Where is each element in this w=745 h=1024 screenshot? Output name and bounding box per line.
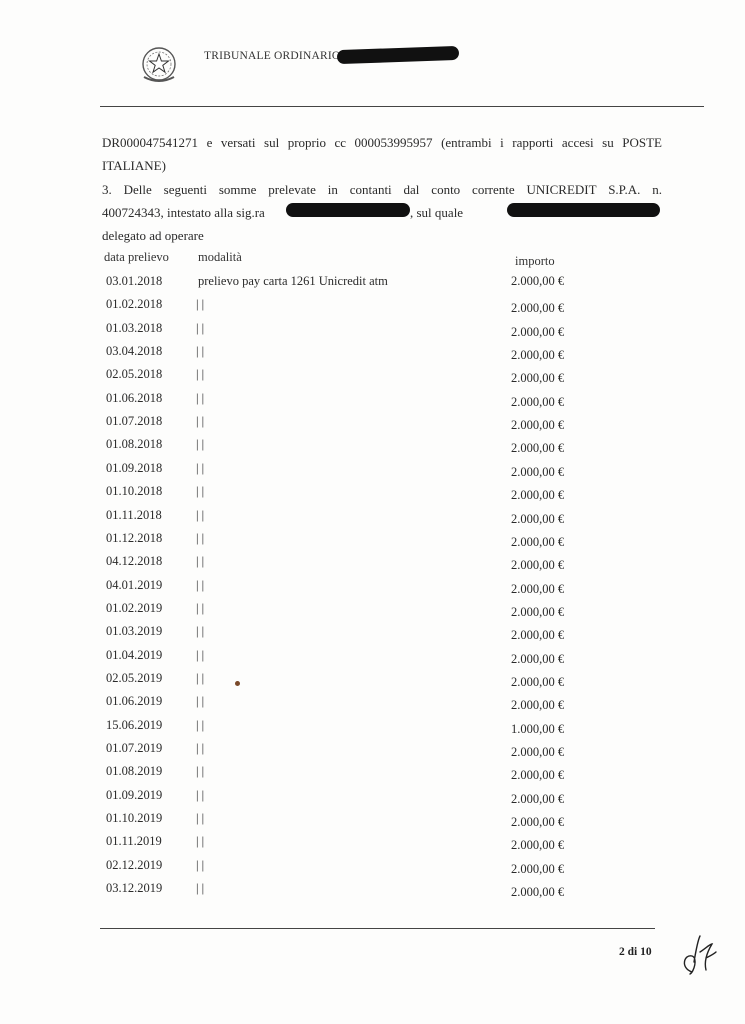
row-date: 01.03.2019 xyxy=(106,624,162,639)
table-row: 02.12.2019| |2.000,00 € xyxy=(0,858,745,876)
row-amount: 2.000,00 € xyxy=(511,815,564,830)
row-mode: | | xyxy=(196,321,204,336)
row-amount: 2.000,00 € xyxy=(511,675,564,690)
row-date: 01.08.2019 xyxy=(106,764,162,779)
table-row: 01.08.2018| |2.000,00 € xyxy=(0,437,745,455)
row-mode: | | xyxy=(196,881,204,896)
row-mode: | | xyxy=(196,578,204,593)
row-date: 01.11.2019 xyxy=(106,834,162,849)
row-date: 01.03.2018 xyxy=(106,321,162,336)
table-row: 02.05.2018| |2.000,00 € xyxy=(0,367,745,385)
table-row: 01.12.2018| |2.000,00 € xyxy=(0,531,745,549)
row-mode: | | xyxy=(196,367,204,382)
table-row: 01.08.2019| |2.000,00 € xyxy=(0,764,745,782)
row-mode: | | xyxy=(196,671,204,686)
table-row: 04.01.2019| |2.000,00 € xyxy=(0,578,745,596)
body-line-4a: 400724343, intestato alla sig.ra xyxy=(102,205,265,221)
row-mode: | | xyxy=(196,461,204,476)
row-amount: 2.000,00 € xyxy=(511,441,564,456)
row-date: 02.05.2019 xyxy=(106,671,162,686)
row-date: 01.10.2018 xyxy=(106,484,162,499)
table-row: 01.02.2018| |2.000,00 € xyxy=(0,297,745,315)
header-date: data prelievo xyxy=(104,250,169,265)
row-date: 02.05.2018 xyxy=(106,367,162,382)
row-amount: 2.000,00 € xyxy=(511,698,564,713)
row-date: 01.09.2018 xyxy=(106,461,162,476)
table-row: 01.06.2018| |2.000,00 € xyxy=(0,391,745,409)
row-date: 04.01.2019 xyxy=(106,578,162,593)
row-amount: 2.000,00 € xyxy=(511,885,564,900)
row-amount: 2.000,00 € xyxy=(511,512,564,527)
footer-divider xyxy=(100,928,655,929)
row-amount: 2.000,00 € xyxy=(511,395,564,410)
table-header: data prelievo modalità importo xyxy=(0,250,745,268)
row-amount: 2.000,00 € xyxy=(511,652,564,667)
table-row: 02.05.2019| |2.000,00 € xyxy=(0,671,745,689)
row-date: 01.06.2018 xyxy=(106,391,162,406)
table-row: 04.12.2018| |2.000,00 € xyxy=(0,554,745,572)
row-amount: 2.000,00 € xyxy=(511,371,564,386)
table-row: 01.07.2018| |2.000,00 € xyxy=(0,414,745,432)
row-amount: 2.000,00 € xyxy=(511,274,564,289)
row-mode: | | xyxy=(196,718,204,733)
body-line-4b: , sul quale xyxy=(410,205,463,221)
row-date: 01.06.2019 xyxy=(106,694,162,709)
row-amount: 2.000,00 € xyxy=(511,488,564,503)
row-date: 01.08.2018 xyxy=(106,437,162,452)
row-amount: 2.000,00 € xyxy=(511,558,564,573)
table-row: 01.03.2018| |2.000,00 € xyxy=(0,321,745,339)
row-mode: | | xyxy=(196,437,204,452)
body-line-3: 3. Delle seguenti somme prelevate in con… xyxy=(102,182,662,198)
row-mode: prelievo pay carta 1261 Unicredit atm xyxy=(198,274,388,289)
row-amount: 2.000,00 € xyxy=(511,745,564,760)
row-amount: 2.000,00 € xyxy=(511,418,564,433)
row-mode: | | xyxy=(196,414,204,429)
row-amount: 2.000,00 € xyxy=(511,628,564,643)
header-divider xyxy=(100,106,704,107)
redaction-account-holder xyxy=(286,203,410,217)
redaction-delegate xyxy=(507,203,660,217)
row-date: 01.02.2018 xyxy=(106,297,162,312)
page-number: 2 di 10 xyxy=(619,946,652,958)
row-mode: | | xyxy=(196,624,204,639)
body-line-1: DR000047541271 e versati sul proprio cc … xyxy=(102,135,662,151)
row-mode: | | xyxy=(196,788,204,803)
row-amount: 2.000,00 € xyxy=(511,465,564,480)
row-mode: | | xyxy=(196,601,204,616)
table-row: 03.12.2019| |2.000,00 € xyxy=(0,881,745,899)
body-line-5: delegato ad operare xyxy=(102,228,204,244)
table-row: 01.11.2018| |2.000,00 € xyxy=(0,508,745,526)
row-amount: 2.000,00 € xyxy=(511,535,564,550)
row-date: 02.12.2019 xyxy=(106,858,162,873)
row-mode: | | xyxy=(196,391,204,406)
table-row: 01.10.2019| |2.000,00 € xyxy=(0,811,745,829)
table-row: 01.02.2019| |2.000,00 € xyxy=(0,601,745,619)
table-row: 01.04.2019| |2.000,00 € xyxy=(0,648,745,666)
row-date: 01.09.2019 xyxy=(106,788,162,803)
row-amount: 2.000,00 € xyxy=(511,325,564,340)
row-date: 03.12.2019 xyxy=(106,881,162,896)
table-row: 03.01.2018prelievo pay carta 1261 Unicre… xyxy=(0,274,745,292)
row-date: 15.06.2019 xyxy=(106,718,162,733)
row-date: 01.12.2018 xyxy=(106,531,162,546)
header-amount: importo xyxy=(515,254,555,269)
row-mode: | | xyxy=(196,484,204,499)
row-mode: | | xyxy=(196,531,204,546)
row-amount: 2.000,00 € xyxy=(511,301,564,316)
row-amount: 2.000,00 € xyxy=(511,862,564,877)
row-amount: 1.000,00 € xyxy=(511,722,564,737)
handwritten-signature-icon xyxy=(676,932,724,980)
row-mode: | | xyxy=(196,648,204,663)
row-mode: | | xyxy=(196,741,204,756)
table-row: 01.09.2018| |2.000,00 € xyxy=(0,461,745,479)
row-amount: 2.000,00 € xyxy=(511,838,564,853)
row-date: 01.10.2019 xyxy=(106,811,162,826)
row-mode: | | xyxy=(196,834,204,849)
row-amount: 2.000,00 € xyxy=(511,582,564,597)
header-mode: modalità xyxy=(198,250,242,265)
table-row: 01.06.2019| |2.000,00 € xyxy=(0,694,745,712)
row-amount: 2.000,00 € xyxy=(511,605,564,620)
table-row: 01.10.2018| |2.000,00 € xyxy=(0,484,745,502)
italian-republic-emblem-icon xyxy=(138,44,180,86)
row-date: 01.04.2019 xyxy=(106,648,162,663)
row-date: 03.01.2018 xyxy=(106,274,162,289)
row-mode: | | xyxy=(196,811,204,826)
row-date: 01.11.2018 xyxy=(106,508,162,523)
table-row: 15.06.2019| |1.000,00 € xyxy=(0,718,745,736)
row-amount: 2.000,00 € xyxy=(511,348,564,363)
document-page: TRIBUNALE ORDINARIO DI DR000047541271 e … xyxy=(0,0,745,1024)
ink-speck xyxy=(235,681,240,686)
row-date: 03.04.2018 xyxy=(106,344,162,359)
row-date: 01.07.2019 xyxy=(106,741,162,756)
table-row: 03.04.2018| |2.000,00 € xyxy=(0,344,745,362)
row-mode: | | xyxy=(196,554,204,569)
row-amount: 2.000,00 € xyxy=(511,792,564,807)
row-date: 04.12.2018 xyxy=(106,554,162,569)
row-mode: | | xyxy=(196,297,204,312)
table-row: 01.09.2019| |2.000,00 € xyxy=(0,788,745,806)
row-mode: | | xyxy=(196,858,204,873)
row-mode: | | xyxy=(196,344,204,359)
row-mode: | | xyxy=(196,694,204,709)
row-date: 01.07.2018 xyxy=(106,414,162,429)
row-date: 01.02.2019 xyxy=(106,601,162,616)
table-row: 01.03.2019| |2.000,00 € xyxy=(0,624,745,642)
body-line-2: ITALIANE) xyxy=(102,158,166,174)
redaction-court-name xyxy=(337,46,459,64)
row-mode: | | xyxy=(196,508,204,523)
table-row: 01.07.2019| |2.000,00 € xyxy=(0,741,745,759)
court-title: TRIBUNALE ORDINARIO DI xyxy=(204,50,356,62)
row-amount: 2.000,00 € xyxy=(511,768,564,783)
row-mode: | | xyxy=(196,764,204,779)
table-row: 01.11.2019| |2.000,00 € xyxy=(0,834,745,852)
